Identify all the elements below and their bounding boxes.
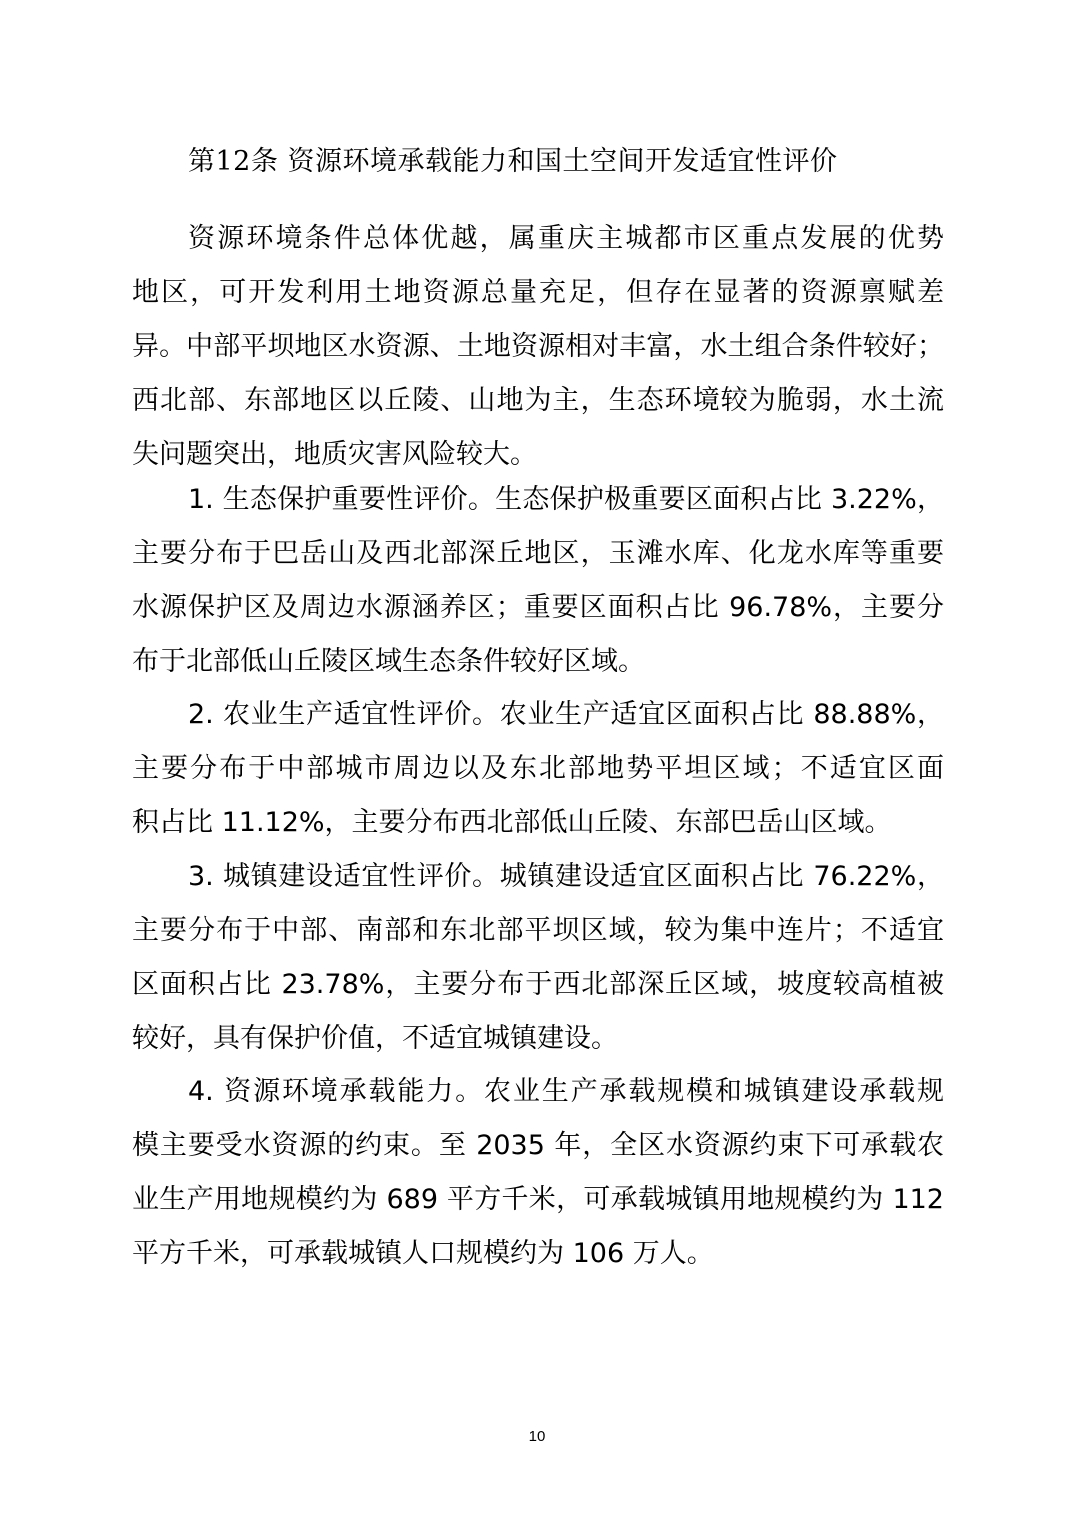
page-number: 10 xyxy=(0,1428,1074,1445)
text-line: 平方千米，可承载城镇人口规模约为 106 万人。 xyxy=(132,1227,944,1281)
text-line: 水源保护区及周边水源涵养区；重要区面积占比 96.78%，主要分 xyxy=(132,581,944,635)
text-line: 业生产用地规模约为 689 平方千米，可承载城镇用地规模约为 112 xyxy=(132,1173,944,1227)
text-line: 区面积占比 23.78%，主要分布于西北部深丘区域，坡度较高植被 xyxy=(132,958,944,1012)
section-heading: 第12条 资源环境承载能力和国土空间开发适宜性评价 xyxy=(188,140,837,184)
text-line: 较好，具有保护价值，不适宜城镇建设。 xyxy=(132,1012,944,1066)
text-line: 异。中部平坝地区水资源、土地资源相对丰富，水土组合条件较好； xyxy=(132,320,944,374)
text-line: 积占比 11.12%，主要分布西北部低山丘陵、东部巴岳山区域。 xyxy=(132,796,944,850)
paragraph-agriculture-suitability: 2. 农业生产适宜性评价。农业生产适宜区面积占比 88.88%， 主要分布于中部… xyxy=(132,688,944,850)
text-line: 4. 资源环境承载能力。农业生产承载规模和城镇建设承载规 xyxy=(132,1065,944,1119)
paragraph-urban-suitability: 3. 城镇建设适宜性评价。城镇建设适宜区面积占比 76.22%， 主要分布于中部… xyxy=(132,850,944,1066)
text-line: 3. 城镇建设适宜性评价。城镇建设适宜区面积占比 76.22%， xyxy=(132,850,944,904)
text-line: 主要分布于中部、南部和东北部平坝区域，较为集中连片；不适宜 xyxy=(132,904,944,958)
paragraph-carrying-capacity: 4. 资源环境承载能力。农业生产承载规模和城镇建设承载规 模主要受水资源的约束。… xyxy=(132,1065,944,1281)
text-line: 布于北部低山丘陵区域生态条件较好区域。 xyxy=(132,635,944,689)
document-page: 第12条 资源环境承载能力和国土空间开发适宜性评价 资源环境条件总体优越，属重庆… xyxy=(0,0,1074,1520)
text-line: 地区，可开发利用土地资源总量充足，但存在显著的资源禀赋差 xyxy=(132,266,944,320)
text-line: 主要分布于巴岳山及西北部深丘地区，玉滩水库、化龙水库等重要 xyxy=(132,527,944,581)
text-line: 模主要受水资源的约束。至 2035 年，全区水资源约束下可承载农 xyxy=(132,1119,944,1173)
text-line: 2. 农业生产适宜性评价。农业生产适宜区面积占比 88.88%， xyxy=(132,688,944,742)
paragraph-ecological-protection: 1. 生态保护重要性评价。生态保护极重要区面积占比 3.22%， 主要分布于巴岳… xyxy=(132,473,944,689)
text-line: 1. 生态保护重要性评价。生态保护极重要区面积占比 3.22%， xyxy=(132,473,944,527)
text-line: 资源环境条件总体优越，属重庆主城都市区重点发展的优势 xyxy=(132,212,944,266)
text-line: 主要分布于中部城市周边以及东北部地势平坦区域；不适宜区面 xyxy=(132,742,944,796)
text-line: 西北部、东部地区以丘陵、山地为主，生态环境较为脆弱，水土流 xyxy=(132,374,944,428)
paragraph-overview: 资源环境条件总体优越，属重庆主城都市区重点发展的优势 地区，可开发利用土地资源总… xyxy=(132,212,944,482)
